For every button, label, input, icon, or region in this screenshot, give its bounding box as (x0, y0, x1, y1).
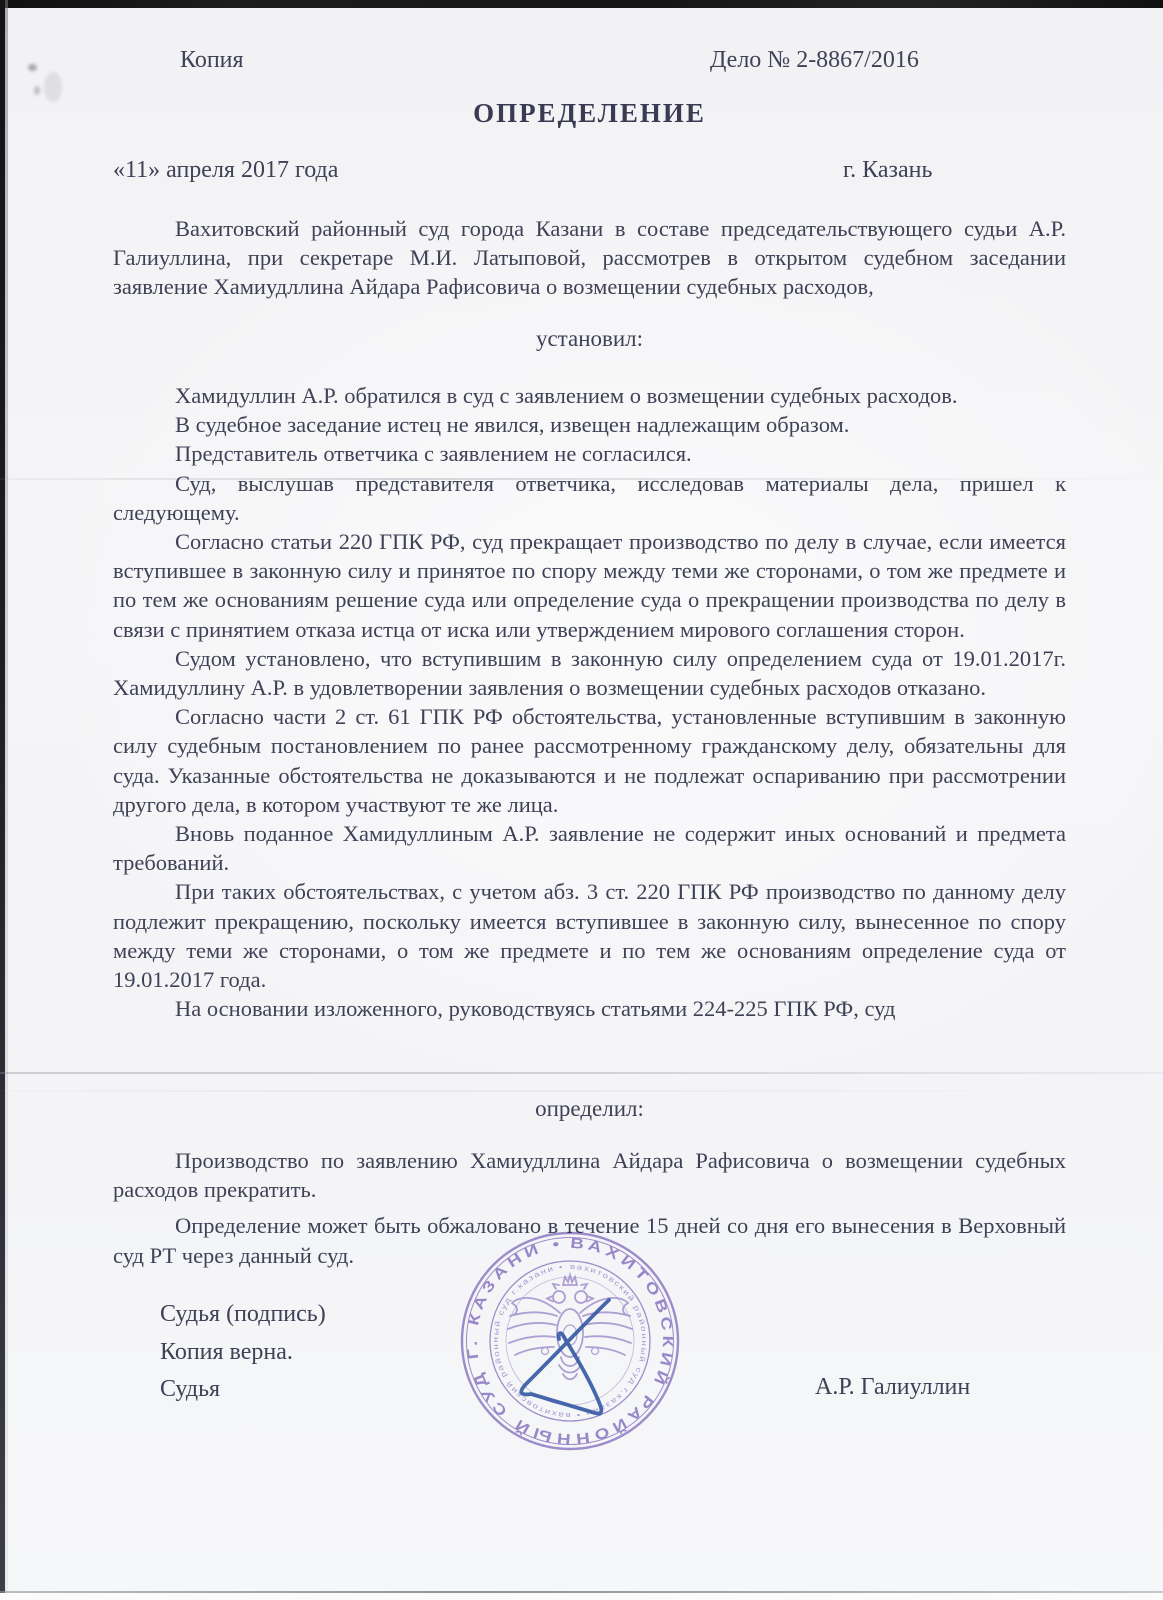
scan-edge-left-shadow (5, 0, 8, 1600)
intro-paragraph-block: Вахитовский районный суд города Казани в… (113, 214, 1066, 302)
copy-correct-line: Копия верна. (160, 1334, 326, 1372)
body-paragraph: Судом установлено, что вступившим в зако… (113, 644, 1066, 702)
body-paragraph: Согласно части 2 ст. 61 ГПК РФ обстоятел… (113, 702, 1066, 819)
intro-paragraph: Вахитовский районный суд города Казани в… (113, 214, 1066, 302)
heading-resolved: определил: (113, 1096, 1066, 1122)
case-number: Дело № 2-8867/2016 (710, 47, 919, 74)
paper-crease (0, 1072, 1163, 1074)
heading-established: установил: (113, 326, 1066, 352)
document-city: г. Казань (843, 157, 932, 184)
resolution-paragraph: Производство по заявлению Хамиудллина Ай… (113, 1146, 1066, 1204)
body-paragraph: Согласно статьи 220 ГПК РФ, суд прекраща… (113, 527, 1066, 644)
document-title: ОПРЕДЕЛЕНИЕ (113, 98, 1066, 129)
signature-block: Судья (подпись) Копия верна. Судья (160, 1296, 326, 1409)
body-paragraph: На основании изложенного, руководствуясь… (113, 994, 1066, 1023)
body-paragraph: В судебное заседание истец не явился, из… (113, 410, 1066, 439)
body-paragraph: Представитель ответчика с заявлением не … (113, 439, 1066, 468)
body-paragraph: Хамидуллин А.Р. обратился в суд с заявле… (113, 381, 1066, 410)
body-paragraph: При таких обстоятельствах, с учетом абз.… (113, 877, 1066, 994)
scan-smudge (34, 86, 40, 95)
pen-signature (521, 1300, 609, 1414)
body-paragraph: Вновь поданное Хамидуллиным А.Р. заявлен… (113, 819, 1066, 877)
court-stamp: ВАХИТОВСКИЙ РАЙОННЫЙ СУД Г. КАЗАНИ • вах… (440, 1215, 700, 1475)
judge-signature-line: Судья (подпись) (160, 1296, 326, 1334)
scan-smudge (28, 64, 37, 71)
paper-crease (0, 1090, 1163, 1092)
scan-smudge (44, 72, 62, 102)
scan-edge-top (0, 0, 1163, 8)
copy-label: Копия (180, 47, 244, 74)
scanned-court-document: Копия Дело № 2-8867/2016 ОПРЕДЕЛЕНИЕ «11… (0, 0, 1163, 1600)
body-paragraph: Суд, выслушав представителя ответчика, и… (113, 469, 1066, 527)
double-headed-eagle-icon (508, 1275, 632, 1379)
document-date: «11» апреля 2017 года (113, 157, 338, 184)
judge-label: Судья (160, 1371, 326, 1409)
body-block: Хамидуллин А.Р. обратился в суд с заявле… (113, 381, 1066, 1023)
scan-edge-bottom-pale (0, 1593, 1163, 1600)
judge-name: А.Р. Галиуллин (815, 1374, 970, 1401)
